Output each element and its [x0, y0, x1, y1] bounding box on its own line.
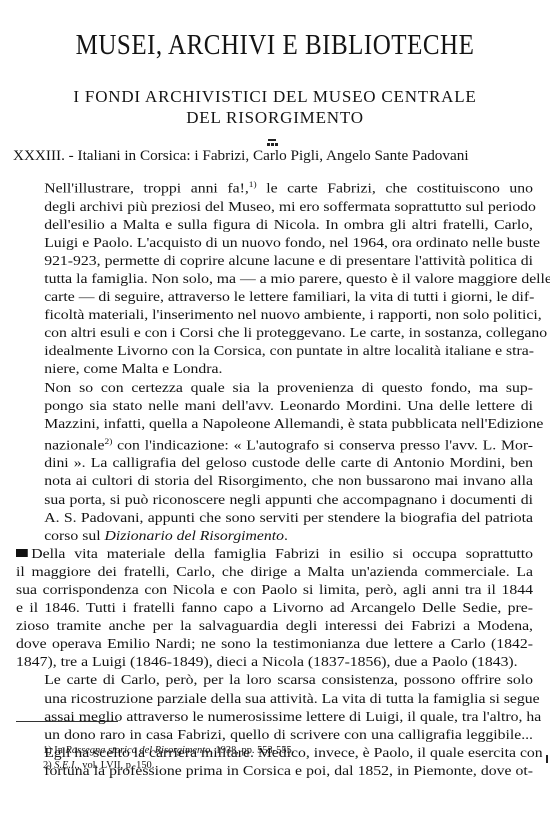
dictionary-title: Dizionario del Risorgimento — [105, 528, 284, 543]
document-page: MUSEI, ARCHIVI E BIBLIOTECHE I FONDI ARC… — [0, 0, 550, 831]
body-text: Nell'illustrare, troppi anni fa!,1) le c… — [16, 176, 533, 780]
paragraph-marker-icon — [16, 549, 28, 557]
footnote-2: 2) S.E.I., vol. LVII, p. 150. — [43, 758, 294, 773]
paragraph-2: Non so con certezza quale sia la proveni… — [16, 379, 533, 545]
paragraph-3: Della vita materiale della famiglia Fabr… — [16, 545, 533, 672]
paragraph-1: Nell'illustrare, troppi anni fa!,1) le c… — [16, 176, 533, 379]
footnote-1: 1) In Rassegna storica del Risorgimento,… — [43, 743, 294, 758]
article-title-line-2: DEL RISORGIMENTO — [0, 107, 550, 129]
ornament-icon — [265, 139, 279, 147]
footnotes: 1) In Rassegna storica del Risorgimento,… — [43, 743, 294, 773]
chapter-heading: XXXIII. - Italiani in Corsica: i Fabrizi… — [13, 147, 533, 165]
footnote-divider — [16, 721, 118, 722]
footnote-ref-2: 2) — [104, 437, 112, 446]
footnote-ref-1: 1) — [249, 180, 257, 189]
scan-edge-mark — [546, 755, 548, 763]
article-title-line-1: I FONDI ARCHIVISTICI DEL MUSEO CENTRALE — [0, 86, 550, 108]
section-title: MUSEI, ARCHIVI E BIBLIOTECHE — [0, 30, 550, 62]
